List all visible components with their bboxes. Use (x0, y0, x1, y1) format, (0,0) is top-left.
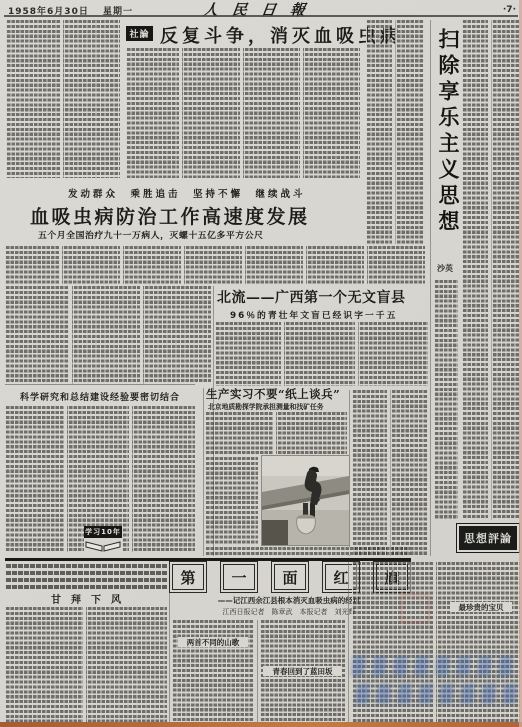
text-column (434, 280, 458, 520)
top-left-text-block (6, 20, 120, 178)
text-column (5, 286, 69, 384)
ganbai-body (5, 607, 167, 722)
text-column (5, 406, 64, 552)
open-book-icon (84, 539, 122, 553)
thought-review-stamp: 思想評論 (456, 523, 520, 553)
schisto-body-top (5, 246, 425, 284)
column-rule (348, 562, 349, 722)
redflag-subhead-2: 青春回到了蓝田坂 (263, 666, 342, 676)
text-column (215, 322, 281, 386)
text-column (303, 48, 360, 178)
study-emblem-label: 学习10年 (84, 526, 122, 538)
text-column (5, 246, 59, 284)
text-column (184, 246, 242, 284)
text-column (276, 412, 348, 454)
editorial-badge: 社論 (126, 26, 153, 41)
text-column (63, 20, 121, 178)
text-column (395, 20, 425, 244)
text-column (284, 322, 354, 386)
text-column (132, 406, 195, 552)
schisto-body-left (5, 286, 211, 384)
text-column (243, 48, 300, 178)
science-title: 科学研究和总结建设经验要密切结合 (8, 391, 192, 402)
sweep-article-byline: 沙英 (432, 262, 458, 274)
ganbai-intro (5, 564, 167, 589)
study-emblem: 学习10年 (84, 526, 122, 553)
text-column (86, 607, 168, 722)
text-column (306, 246, 364, 284)
text-column (366, 20, 392, 244)
column-rule (349, 390, 350, 556)
redflag-char-box: 一 (223, 564, 255, 590)
text-column (182, 48, 239, 178)
practice-subtitle: 北京地质勘探学院承担测量和找矿任务 (208, 401, 324, 411)
header-rule (4, 15, 518, 17)
beiliu-title: 北流——广西第一个无文盲县 (217, 287, 406, 307)
text-column (5, 607, 83, 722)
ganbai-title: 甘 拜 下 风 (25, 592, 147, 604)
section-rule (5, 384, 195, 385)
text-column (126, 48, 179, 178)
sweep-article-title: 扫除享乐主义思想 (433, 28, 463, 258)
column-rule (257, 620, 258, 722)
text-column (491, 20, 521, 520)
redflag-column-1 (172, 620, 254, 722)
text-column (205, 457, 258, 545)
red-seal-watermark (400, 594, 430, 623)
text-column (205, 412, 273, 454)
editorial-side-column (366, 20, 424, 244)
text-column (143, 286, 211, 384)
beiliu-body (215, 322, 428, 386)
text-column (6, 20, 60, 178)
text-column (390, 390, 429, 556)
text-column (62, 246, 120, 284)
schisto-kicker: 发动群众 乘胜追击 坚持不懈 继续战斗 (68, 186, 306, 200)
practice-body (205, 412, 347, 454)
text-column (72, 286, 140, 384)
column-rule (169, 562, 170, 722)
text-column (352, 390, 387, 556)
text-column (367, 246, 425, 284)
schisto-title: 血吸虫病防治工作高速度发展 (30, 202, 310, 229)
redflag-subhead-1: 两首不同的山歌 (178, 637, 248, 647)
redflag-char-box: 第 (172, 564, 204, 590)
column-rule (430, 20, 431, 556)
scan-bottom-edge (0, 722, 522, 727)
text-column (245, 246, 303, 284)
text-column (123, 246, 181, 284)
page-number: ·7· (503, 5, 516, 15)
blue-watermark-row (351, 656, 519, 676)
news-photo (262, 456, 349, 545)
text-column (358, 322, 428, 386)
schisto-subtitle: 五个月全国治疗九十一万病人，灭螺十五亿多平方公尺 (38, 228, 264, 241)
beiliu-body-lower (352, 390, 428, 556)
text-column (462, 20, 488, 520)
practice-title: 生产实习不要“纸上谈兵” (206, 386, 340, 402)
text-row (205, 547, 410, 555)
sweep-article-body (462, 20, 520, 520)
editorial-body (126, 48, 360, 178)
redflag-subhead-3: 最珍贵的宝贝 (450, 602, 512, 612)
blue-watermark-row (355, 684, 517, 704)
beiliu-subtitle: 96％的青壮年文盲已经识字一千五 (230, 308, 397, 321)
redflag-char-box: 面 (274, 564, 306, 590)
column-rule (203, 388, 204, 556)
newspaper-page: 1958年6月30日 星期一 人民日報 ·7· 社論 反复斗争，消灭血吸虫病 扫… (0, 0, 522, 727)
section-divider (5, 558, 411, 561)
